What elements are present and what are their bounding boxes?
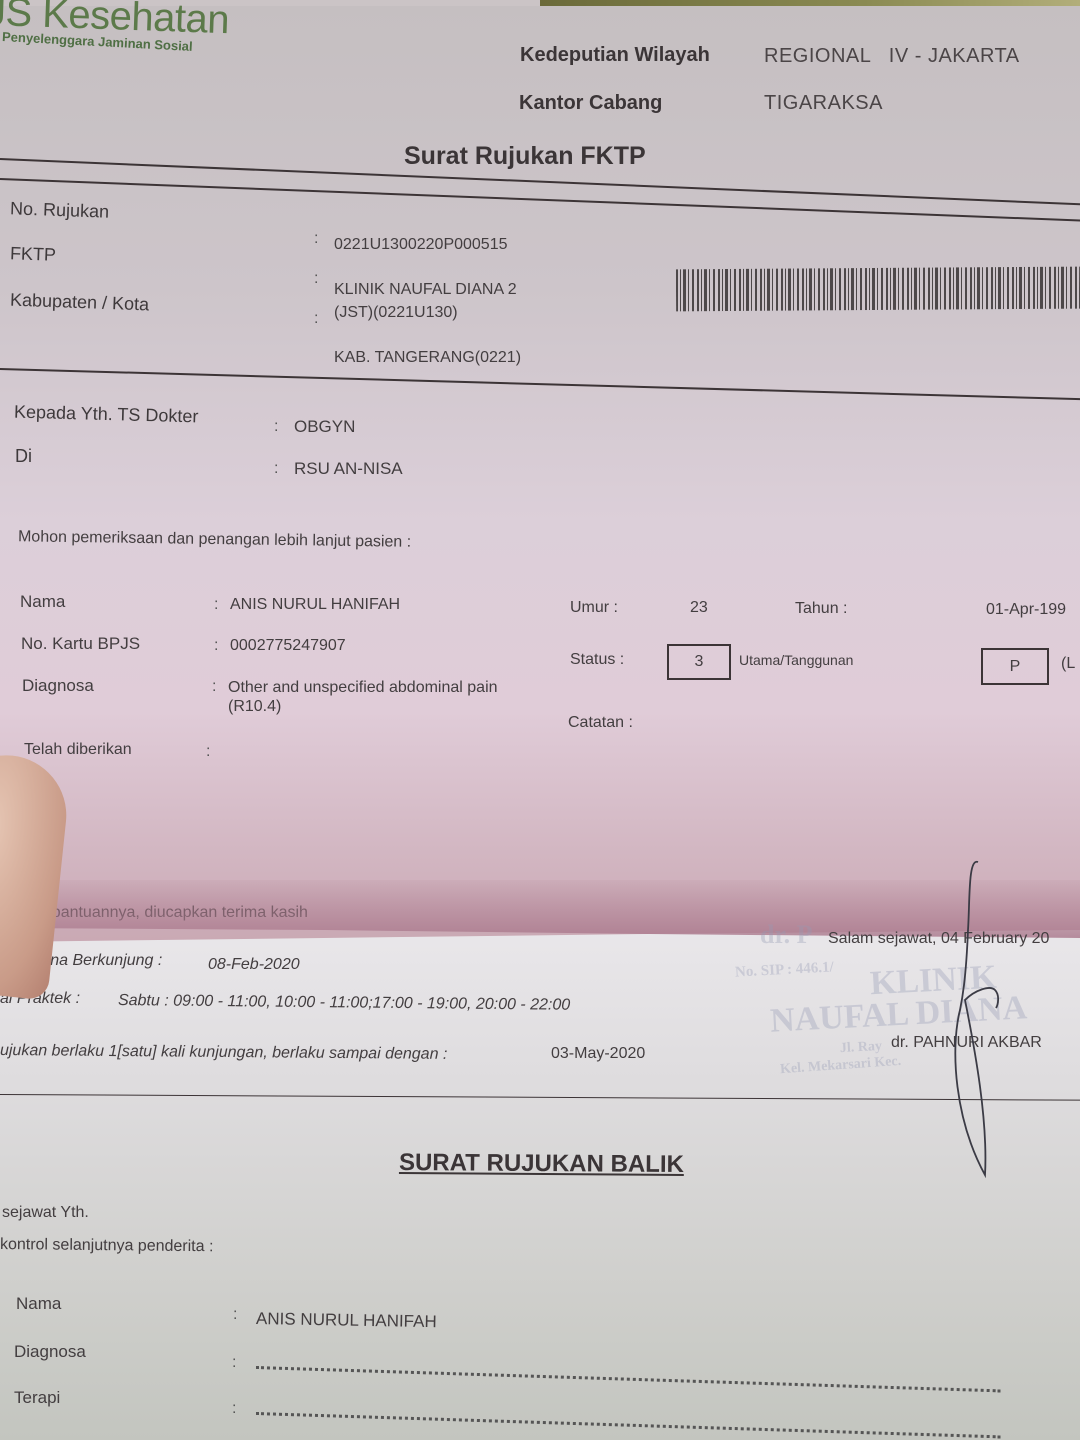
colon: :	[232, 1400, 236, 1418]
balik-terapi-label: Terapi	[14, 1388, 60, 1408]
colon: :	[232, 1354, 236, 1372]
balik-nama-label: Nama	[16, 1294, 61, 1314]
balik-nama-value: ANIS NURUL HANIFAH	[256, 1309, 437, 1332]
signature-icon	[0, 0, 1080, 1440]
balik-kontrol-text: kontrol selanjutnya penderita :	[0, 1236, 214, 1256]
balik-greeting: sejawat Yth.	[2, 1204, 89, 1222]
colon: :	[233, 1306, 237, 1324]
balik-diagnosa-label: Diagnosa	[14, 1342, 86, 1362]
balik-title: SURAT RUJUKAN BALIK	[399, 1149, 684, 1179]
